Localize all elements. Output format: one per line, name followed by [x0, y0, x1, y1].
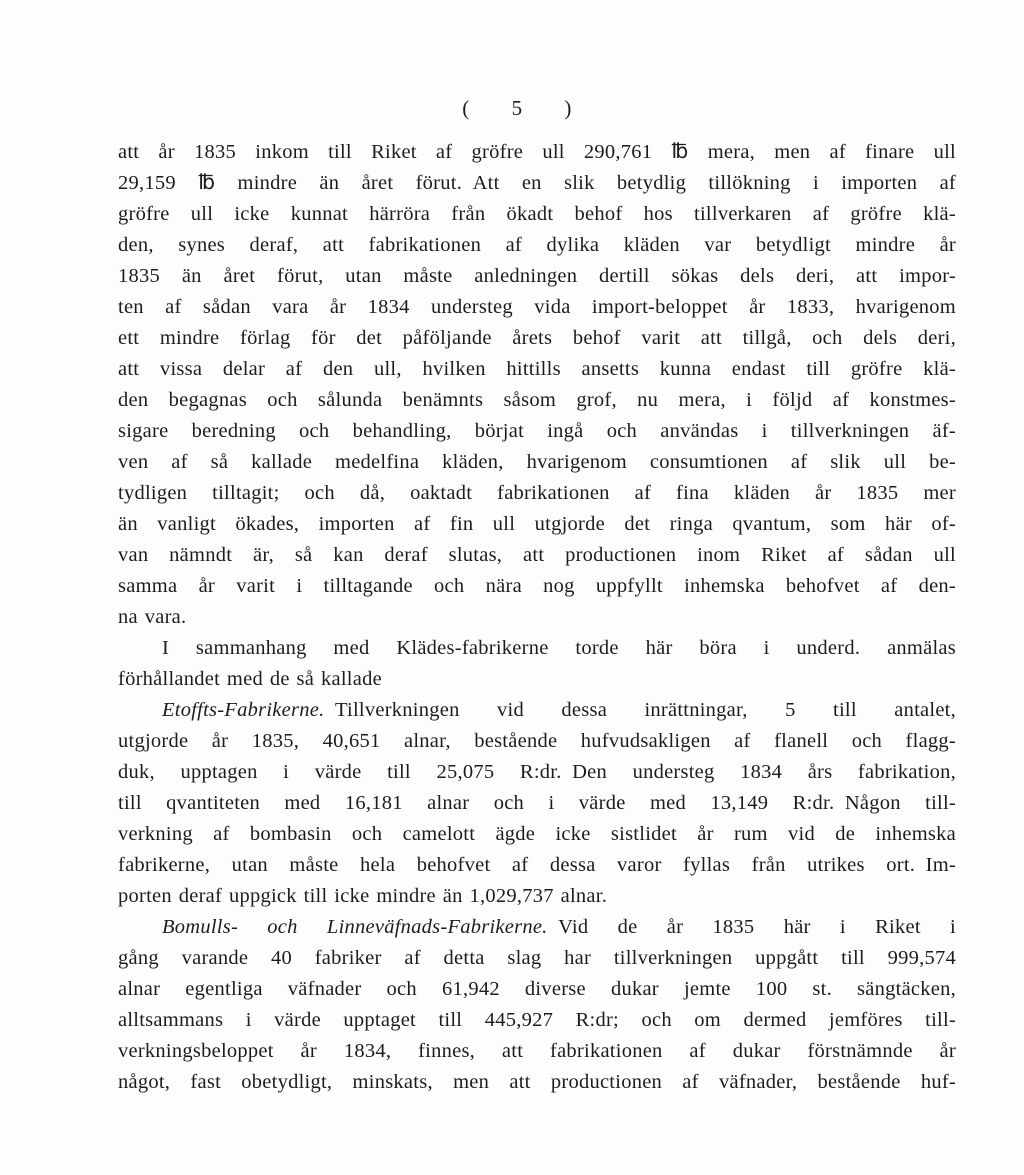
page-number-header: ( 5 ) [98, 96, 936, 121]
text-segment: porten deraf uppgick till icke mindre än… [118, 885, 607, 907]
text-line: I sammanhang med Klädes-fabrikerne torde… [118, 633, 956, 664]
text-segment: I sammanhang med Klädes-fabrikerne torde… [162, 637, 956, 659]
text-segment: van nämndt är, så kan deraf slutas, att … [118, 544, 956, 566]
page-text: att år 1835 inkom till Riket af gröfre u… [118, 137, 956, 1098]
text-segment: tydligen tilltagit; och då, oaktadt fabr… [118, 482, 956, 504]
text-segment: utgjorde år 1835, 40,651 alnar, beståend… [118, 730, 956, 752]
text-segment: 29,159 ℔ mindre än året förut. Att en sl… [118, 172, 956, 194]
text-line: Bomulls- och Linneväfnads-Fabrikerne. Vi… [118, 912, 956, 943]
text-line: na vara. [118, 602, 956, 633]
text-line: att vissa delar af den ull, hvilken hitt… [118, 354, 956, 385]
text-segment: ven af så kallade medelfina kläden, hvar… [118, 451, 956, 473]
text-line: verkning af bombasin och camelott ägde i… [118, 819, 956, 850]
text-line: van nämndt är, så kan deraf slutas, att … [118, 540, 956, 571]
text-line: något, fast obetydligt, minskats, men at… [118, 1067, 956, 1098]
text-segment: den begagnas och sålunda benämnts såsom … [118, 389, 956, 411]
text-line: den, synes deraf, att fabrikationen af d… [118, 230, 956, 261]
text-segment: den, synes deraf, att fabrikationen af d… [118, 234, 956, 256]
text-segment: än vanligt ökades, importen af fin ull u… [118, 513, 956, 535]
text-segment: verkning af bombasin och camelott ägde i… [118, 823, 956, 845]
text-segment: Vid de år 1835 här i Riket i [548, 916, 956, 938]
text-line: den begagnas och sålunda benämnts såsom … [118, 385, 956, 416]
text-segment: ett mindre förlag för det påföljande åre… [118, 327, 956, 349]
text-line: verkningsbeloppet år 1834, finnes, att f… [118, 1036, 956, 1067]
text-segment: Tillverkningen vid dessa inrättningar, 5… [324, 699, 956, 721]
text-segment: att vissa delar af den ull, hvilken hitt… [118, 358, 956, 380]
paragraph: I sammanhang med Klädes-fabrikerne torde… [118, 633, 956, 695]
text-line: alnar egentliga väfnader och 61,942 dive… [118, 974, 956, 1005]
text-line: Etoffts-Fabrikerne. Tillverkningen vid d… [118, 695, 956, 726]
text-line: till qvantiteten med 16,181 alnar och i … [118, 788, 956, 819]
text-line: tydligen tilltagit; och då, oaktadt fabr… [118, 478, 956, 509]
text-line: gång varande 40 fabriker af detta slag h… [118, 943, 956, 974]
text-segment: att år 1835 inkom till Riket af gröfre u… [118, 141, 956, 163]
text-line: 29,159 ℔ mindre än året förut. Att en sl… [118, 168, 956, 199]
text-segment: sigare beredning och behandling, börjat … [118, 420, 956, 442]
section-title-italic: Bomulls- och Linneväfnads-Fabrikerne. [162, 916, 548, 938]
text-line: än vanligt ökades, importen af fin ull u… [118, 509, 956, 540]
text-segment: alltsammans i värde upptaget till 445,92… [118, 1009, 956, 1031]
paragraph: Bomulls- och Linneväfnads-Fabrikerne. Vi… [118, 912, 956, 1098]
text-segment: samma år varit i tilltagande och nära no… [118, 575, 956, 597]
section-title-italic: Etoffts-Fabrikerne. [162, 699, 324, 721]
text-line: duk, upptagen i värde till 25,075 R:dr. … [118, 757, 956, 788]
paren-close: ) [564, 96, 571, 121]
text-segment: na vara. [118, 606, 186, 628]
document-page: ( 5 ) att år 1835 inkom till Riket af gr… [0, 0, 1024, 1175]
text-segment: gröfre ull icke kunnat härröra från ökad… [118, 203, 956, 225]
text-line: förhållandet med de så kallade [118, 664, 956, 695]
text-segment: till qvantiteten med 16,181 alnar och i … [118, 792, 956, 814]
text-line: ten af sådan vara år 1834 understeg vida… [118, 292, 956, 323]
text-segment: 1835 än året förut, utan måste anledning… [118, 265, 956, 287]
text-line: alltsammans i värde upptaget till 445,92… [118, 1005, 956, 1036]
text-line: gröfre ull icke kunnat härröra från ökad… [118, 199, 956, 230]
text-line: sigare beredning och behandling, börjat … [118, 416, 956, 447]
text-segment: något, fast obetydligt, minskats, men at… [118, 1071, 956, 1093]
paragraph: Etoffts-Fabrikerne. Tillverkningen vid d… [118, 695, 956, 912]
text-segment: gång varande 40 fabriker af detta slag h… [118, 947, 956, 969]
text-segment: alnar egentliga väfnader och 61,942 dive… [118, 978, 956, 1000]
paren-open: ( [462, 96, 469, 121]
text-segment: verkningsbeloppet år 1834, finnes, att f… [118, 1040, 956, 1062]
text-line: utgjorde år 1835, 40,651 alnar, beståend… [118, 726, 956, 757]
text-line: ven af så kallade medelfina kläden, hvar… [118, 447, 956, 478]
text-line: att år 1835 inkom till Riket af gröfre u… [118, 137, 956, 168]
text-line: porten deraf uppgick till icke mindre än… [118, 881, 956, 912]
text-segment: ten af sådan vara år 1834 understeg vida… [118, 296, 956, 318]
text-segment: förhållandet med de så kallade [118, 668, 382, 690]
paragraph: att år 1835 inkom till Riket af gröfre u… [118, 137, 956, 633]
text-segment: fabrikerne, utan måste hela behofvet af … [118, 854, 956, 876]
page-number: 5 [512, 96, 523, 121]
text-line: 1835 än året förut, utan måste anledning… [118, 261, 956, 292]
text-segment: duk, upptagen i värde till 25,075 R:dr. … [118, 761, 956, 783]
text-line: fabrikerne, utan måste hela behofvet af … [118, 850, 956, 881]
text-line: ett mindre förlag för det påföljande åre… [118, 323, 956, 354]
text-line: samma år varit i tilltagande och nära no… [118, 571, 956, 602]
